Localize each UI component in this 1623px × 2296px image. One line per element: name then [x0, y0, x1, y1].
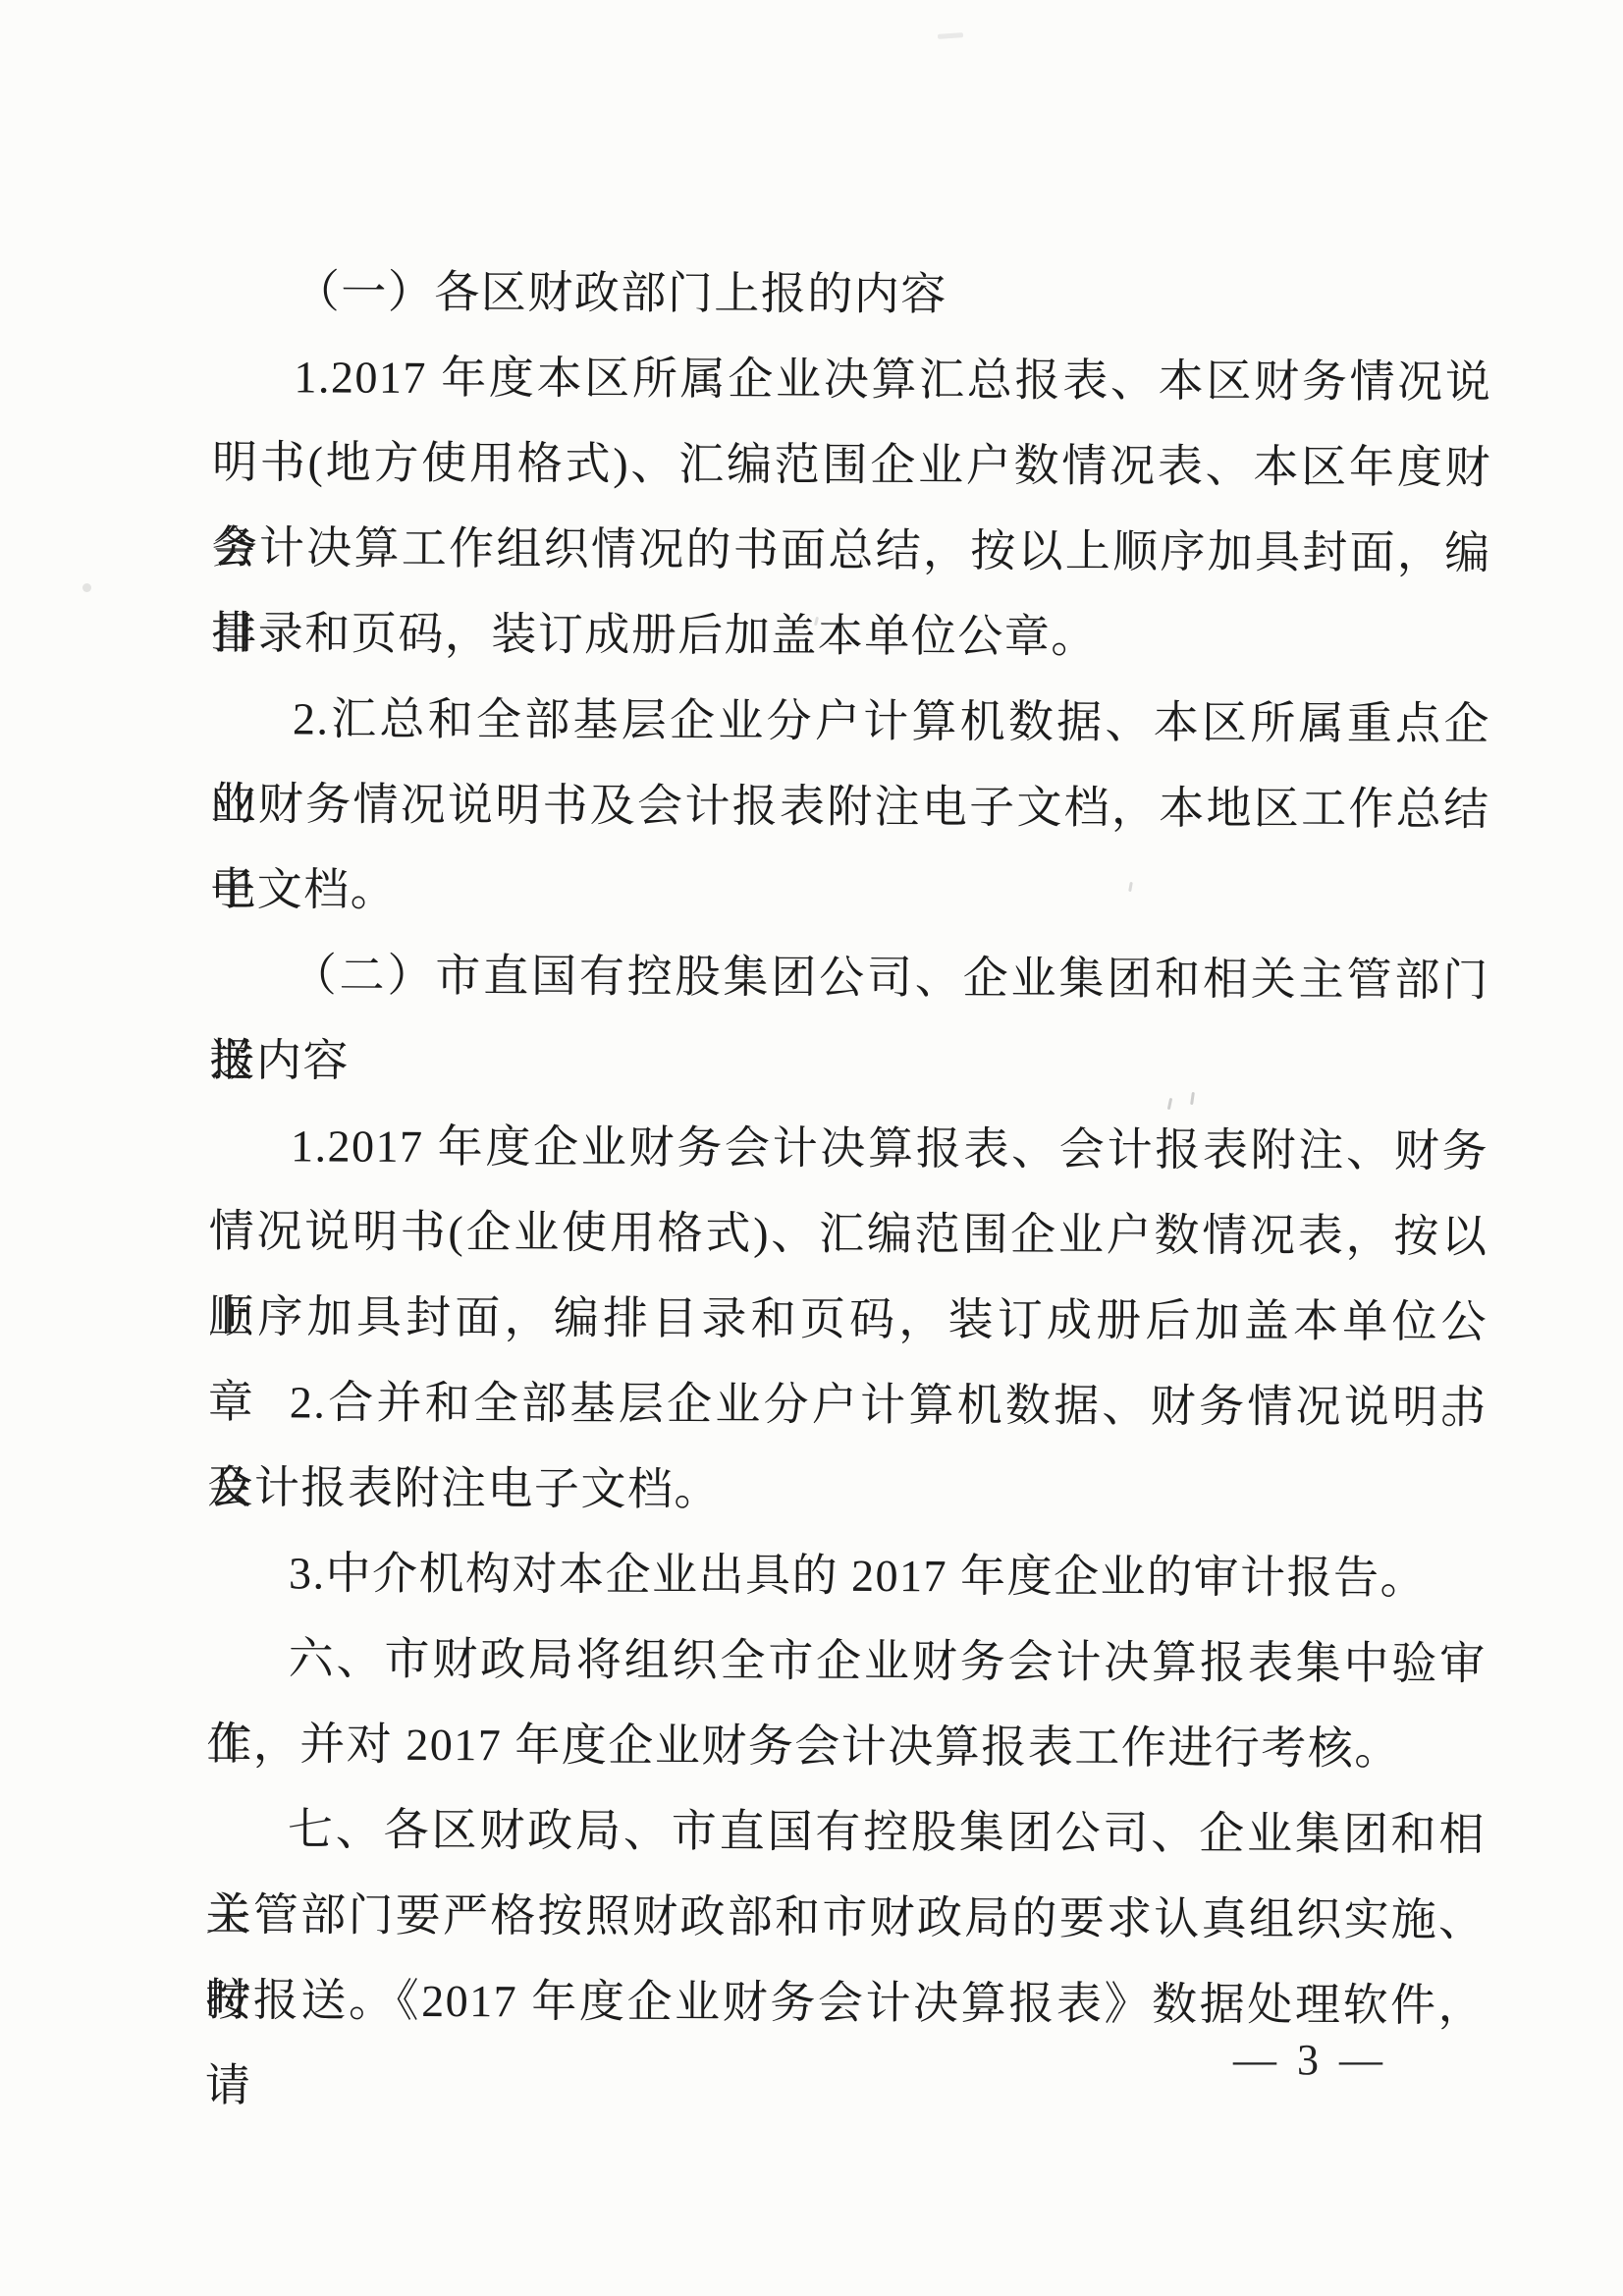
scan-speck: [82, 583, 91, 592]
section-heading-1: （一）各区财政部门上报的内容: [213, 248, 1492, 340]
text-line: 明书(地方使用格式)、汇编范围企业户数情况表、本区年度财务: [212, 419, 1491, 511]
text-line: 的财务情况说明书及会计报表附注电子文档，本地区工作总结电: [210, 761, 1489, 852]
scan-speck: [938, 32, 963, 39]
text-line: 顺序加具封面，编排目录和页码，装订成册后加盖本单位公章。: [208, 1274, 1488, 1365]
text-line: 作，并对 2017 年度企业财务会计决算报表工作进行考核。: [206, 1701, 1486, 1792]
page-number: — 3 —: [1233, 2035, 1387, 2085]
text-line: 目录和页码，装订成册后加盖本单位公章。: [211, 590, 1490, 682]
text-line: 3.中介机构对本企业出具的 2017 年度企业的审计报告。: [207, 1530, 1487, 1621]
scanned-document-page: （一）各区财政部门上报的内容 1.2017 年度本区所属企业决算汇总报表、本区财…: [0, 0, 1623, 2296]
text-line: 会计报表附注电子文档。: [207, 1445, 1487, 1536]
section-heading-6: 六、市财政局将组织全市企业财务会计决算报表集中验审工: [207, 1615, 1487, 1707]
text-line: 送内容: [209, 1017, 1488, 1109]
section-heading-2: （二）市直国有控股集团公司、企业集团和相关主管部门报: [210, 932, 1489, 1023]
text-line: 1.2017 年度企业财务会计决算报表、会计报表附注、财务: [209, 1103, 1488, 1194]
text-line: 情况说明书(企业使用格式)、汇编范围企业户数情况表，按以上: [208, 1188, 1488, 1280]
text-line: 会计决算工作组织情况的书面总结，按以上顺序加具封面，编排: [211, 505, 1490, 596]
text-line: 2.汇总和全部基层企业分户计算机数据、本区所属重点企业: [211, 676, 1490, 767]
text-line: 2.合并和全部基层企业分户计算机数据、财务情况说明书及: [208, 1359, 1488, 1450]
document-body: （一）各区财政部门上报的内容 1.2017 年度本区所属企业决算汇总报表、本区财…: [205, 248, 1492, 2049]
text-line: 子文档。: [210, 847, 1489, 938]
section-heading-7: 七、各区财政局、市直国有控股集团公司、企业集团和相关: [206, 1786, 1486, 1878]
text-line: 1.2017 年度本区所属企业决算汇总报表、本区财务情况说: [212, 334, 1491, 425]
text-line: 主管部门要严格按照财政部和市财政局的要求认真组织实施、按: [205, 1872, 1485, 1963]
